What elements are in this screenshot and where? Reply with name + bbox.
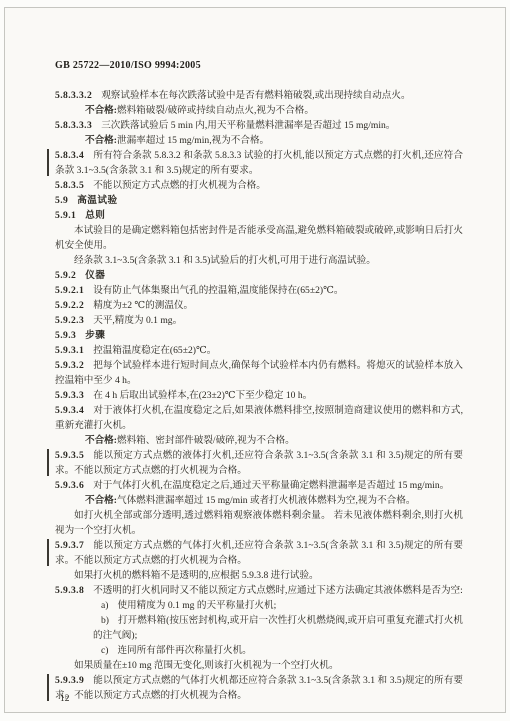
- para-9: 经条款 3.1~3.5(含条款 3.1 和 3.5)试验后的打火机,可用于进行高…: [55, 253, 463, 268]
- line-text: 高温试验: [77, 195, 117, 206]
- line-text: 把每个试验样本进行短时间点火,确保每个试验样本内仍有燃料。将熄灭的试验样本放入控…: [55, 360, 463, 386]
- line-text: 打开燃料箱(按压密封机构,或开启一次性打火机燃烧阀,或开启可重复充灌式打火机的注…: [93, 615, 463, 641]
- clause-number: 5.9.2.2: [55, 300, 84, 311]
- scanned-document-page: GB 25722—2010/ISO 9994:2005 5.8.3.3.2观察试…: [0, 0, 510, 721]
- list-label: a): [101, 600, 108, 611]
- line-text: 能以预定方式点燃的液体打火机,还应符合条款 3.1~3.5(含条款 3.1 和 …: [55, 450, 463, 476]
- fail-19-note: 不合格:燃料箱、密封部件破裂/破碎,视为不合格。: [55, 433, 463, 448]
- clause-number: 5.9.3.7: [55, 540, 84, 551]
- clause-5.8.3.3.3: 5.8.3.3.3三次跌落试验后 5 min 内,用天平称量燃料泄漏率是否超过 …: [55, 118, 463, 133]
- line-text: 能以预定方式点燃的气体打火机都还应符合条款 3.1~3.5(含条款 3.1 和 …: [55, 675, 463, 701]
- line-text: 如果质量在±10 mg 范围无变化,则该打火机视为一个空打火机。: [74, 660, 339, 671]
- fail-label: 不合格:: [85, 135, 117, 146]
- fail-label: 不合格:: [85, 105, 117, 116]
- text-column: GB 25722—2010/ISO 9994:2005 5.8.3.3.2观察试…: [55, 58, 463, 703]
- list-label: b): [101, 615, 109, 626]
- clause-number: 5.9.3.2: [55, 360, 84, 371]
- para-25: 如果打火机的燃料箱不是透明的,应根据 5.9.3.8 进行试验。: [55, 568, 463, 583]
- clause-number: 5.9.2: [55, 270, 76, 281]
- clause-number: 5.8.3.4: [55, 150, 84, 161]
- line-text: 燃料箱、密封部件破裂/破碎,视为不合格。: [117, 435, 295, 446]
- clause-5.9.3.4: 5.9.3.4对于液体打火机,在温度稳定之后,如果液体燃料排空,按照制造商建议使…: [55, 403, 463, 433]
- line-text: 在 4 h 后取出试验样本,在(23±2)℃下至少稳定 10 h。: [93, 390, 312, 401]
- list-label: c): [101, 645, 108, 656]
- fail-3-note: 不合格:泄漏率超过 15 mg/min,视为不合格。: [55, 133, 463, 148]
- line-text: 天平,精度为 0.1 mg。: [93, 315, 182, 326]
- line-text: 步骤: [85, 330, 105, 341]
- heading-5.9.1: 5.9.1总则: [55, 208, 463, 223]
- fail-label: 不合格:: [85, 495, 117, 506]
- clause-5.9.3.3: 5.9.3.3在 4 h 后取出试验样本,在(23±2)℃下至少稳定 10 h。: [55, 388, 463, 403]
- clause-5.9.3.5: 5.9.3.5能以预定方式点燃的液体打火机,还应符合条款 3.1~3.5(含条款…: [55, 448, 463, 478]
- clause-5.9.3.8: 5.9.3.8不透明的打火机同时又不能以预定方式点燃时,应通过下述方法确定其液体…: [55, 583, 463, 598]
- line-text: 对于液体打火机,在温度稳定之后,如果液体燃料排空,按照制造商建议使用的燃料和方式…: [55, 405, 463, 431]
- clause-5.9.2.1: 5.9.2.1设有防止气体集聚出气孔的控温箱,温度能保持在(65±2)℃。: [55, 283, 463, 298]
- clause-number: 5.9: [55, 195, 68, 206]
- clause-5.9.3.7: 5.9.3.7能以预定方式点燃的气体打火机,还应符合条款 3.1~3.5(含条款…: [55, 538, 463, 568]
- clause-5.9.3.9: 5.9.3.9能以预定方式点燃的气体打火机都还应符合条款 3.1~3.5(含条款…: [55, 673, 463, 703]
- heading-5.9: 5.9高温试验: [55, 193, 463, 208]
- line-text: 能以预定方式点燃的气体打火机,还应符合条款 3.1~3.5(含条款 3.1 和 …: [55, 540, 463, 566]
- clause-5.9.2.2: 5.9.2.2精度为±2 ℃的测温仪。: [55, 298, 463, 313]
- line-text: 总则: [85, 210, 105, 221]
- para-8: 本试验目的是确定燃料箱包括密封件是否能承受高温,避免燃料箱破裂或破碎,或影响日后…: [55, 223, 463, 253]
- clause-number: 5.9.2.1: [55, 285, 84, 296]
- line-text: 本试验目的是确定燃料箱包括密封件是否能承受高温,避免燃料箱破裂或破碎,或影响日后…: [55, 225, 463, 251]
- list-27: a)使用精度为 0.1 mg 的天平称量打火机;: [93, 598, 463, 613]
- line-text: 如打火机全部或部分透明,透过燃料箱观察液体燃料剩余量。 若未见液体燃料剩余,则打…: [55, 510, 463, 536]
- clause-number: 5.8.3.3.3: [55, 120, 92, 131]
- fail-22-note: 不合格:气体燃料泄漏率超过 15 mg/min 或者打火机液体燃料为空,视为不合…: [55, 493, 463, 508]
- clause-number: 5.9.3: [55, 330, 76, 341]
- line-text: 所有符合条款 5.8.3.2 和条款 5.8.3.3 试验的打火机,能以预定方式…: [55, 150, 463, 176]
- line-text: 连同所有部件再次称量打火机。: [117, 645, 251, 656]
- line-text: 不透明的打火机同时又不能以预定方式点燃时,应通过下述方法确定其液体燃料是否为空:: [93, 585, 463, 596]
- list-28: b)打开燃料箱(按压密封机构,或开启一次性打火机燃烧阀,或开启可重复充灌式打火机…: [93, 613, 463, 643]
- document-body: 5.8.3.3.2观察试验样本在每次跌落试验中是否有燃料箱破裂,或出现持续自动点…: [55, 88, 463, 703]
- line-text: 气体燃料泄漏率超过 15 mg/min 或者打火机液体燃料为空,视为不合格。: [117, 495, 415, 506]
- clause-number: 5.9.2.3: [55, 315, 84, 326]
- clause-number: 5.9.3.6: [55, 480, 84, 491]
- clause-number: 5.9.1: [55, 210, 76, 221]
- clause-number: 5.9.3.8: [55, 585, 84, 596]
- clause-5.9.3.6: 5.9.3.6对于气体打火机,在温度稳定之后,通过天平称量确定燃料泄漏率是否超过…: [55, 478, 463, 493]
- fail-1-note: 不合格:燃料箱破裂/破碎或持续自动点火,视为不合格。: [55, 103, 463, 118]
- clause-number: 5.9.3.1: [55, 345, 84, 356]
- line-text: 使用精度为 0.1 mg 的天平称量打火机;: [117, 600, 276, 611]
- line-text: 对于气体打火机,在温度稳定之后,通过天平称量确定燃料泄漏率是否超过 15 mg/…: [93, 480, 449, 491]
- line-text: 精度为±2 ℃的测温仪。: [93, 300, 193, 311]
- standard-designation-header: GB 25722—2010/ISO 9994:2005: [55, 58, 463, 73]
- line-text: 控温箱温度稳定在(65±2)℃。: [93, 345, 216, 356]
- clause-5.9.2.3: 5.9.2.3天平,精度为 0.1 mg。: [55, 313, 463, 328]
- line-text: 设有防止气体集聚出气孔的控温箱,温度能保持在(65±2)℃。: [93, 285, 343, 296]
- clause-number: 5.9.3.4: [55, 405, 84, 416]
- clause-5.8.3.4: 5.8.3.4所有符合条款 5.8.3.2 和条款 5.8.3.3 试验的打火机…: [55, 148, 463, 178]
- clause-number: 5.9.3.3: [55, 390, 84, 401]
- line-text: 泄漏率超过 15 mg/min,视为不合格。: [117, 135, 269, 146]
- clause-5.8.3.3.2: 5.8.3.3.2观察试验样本在每次跌落试验中是否有燃料箱破裂,或出现持续自动点…: [55, 88, 463, 103]
- clause-number: 5.9.3.9: [55, 675, 84, 686]
- clause-number: 5.8.3.3.2: [55, 90, 92, 101]
- line-text: 如果打火机的燃料箱不是透明的,应根据 5.9.3.8 进行试验。: [74, 570, 319, 581]
- line-text: 经条款 3.1~3.5(含条款 3.1 和 3.5)试验后的打火机,可用于进行高…: [74, 255, 376, 266]
- clause-5.9.3.2: 5.9.3.2把每个试验样本进行短时间点火,确保每个试验样本内仍有燃料。将熄灭的…: [55, 358, 463, 388]
- para-23: 如打火机全部或部分透明,透过燃料箱观察液体燃料剩余量。 若未见液体燃料剩余,则打…: [55, 508, 463, 538]
- list-29: c)连同所有部件再次称量打火机。: [93, 643, 463, 658]
- clause-number: 5.9.3.5: [55, 450, 84, 461]
- clause-5.8.3.5: 5.8.3.5不能以预定方式点燃的打火机视为合格。: [55, 178, 463, 193]
- line-text: 不能以预定方式点燃的打火机视为合格。: [93, 180, 266, 191]
- clause-number: 5.8.3.5: [55, 180, 84, 191]
- heading-5.9.3: 5.9.3步骤: [55, 328, 463, 343]
- clause-5.9.3.1: 5.9.3.1控温箱温度稳定在(65±2)℃。: [55, 343, 463, 358]
- line-text: 仪器: [85, 270, 105, 281]
- line-text: 燃料箱破裂/破碎或持续自动点火,视为不合格。: [117, 105, 314, 116]
- heading-5.9.2: 5.9.2仪器: [55, 268, 463, 283]
- line-text: 三次跌落试验后 5 min 内,用天平称量燃料泄漏率是否超过 15 mg/min…: [101, 120, 395, 131]
- page-number: 12: [60, 694, 70, 704]
- fail-label: 不合格:: [85, 435, 117, 446]
- para-30: 如果质量在±10 mg 范围无变化,则该打火机视为一个空打火机。: [55, 658, 463, 673]
- line-text: 观察试验样本在每次跌落试验中是否有燃料箱破裂,或出现持续自动点火。: [101, 90, 410, 101]
